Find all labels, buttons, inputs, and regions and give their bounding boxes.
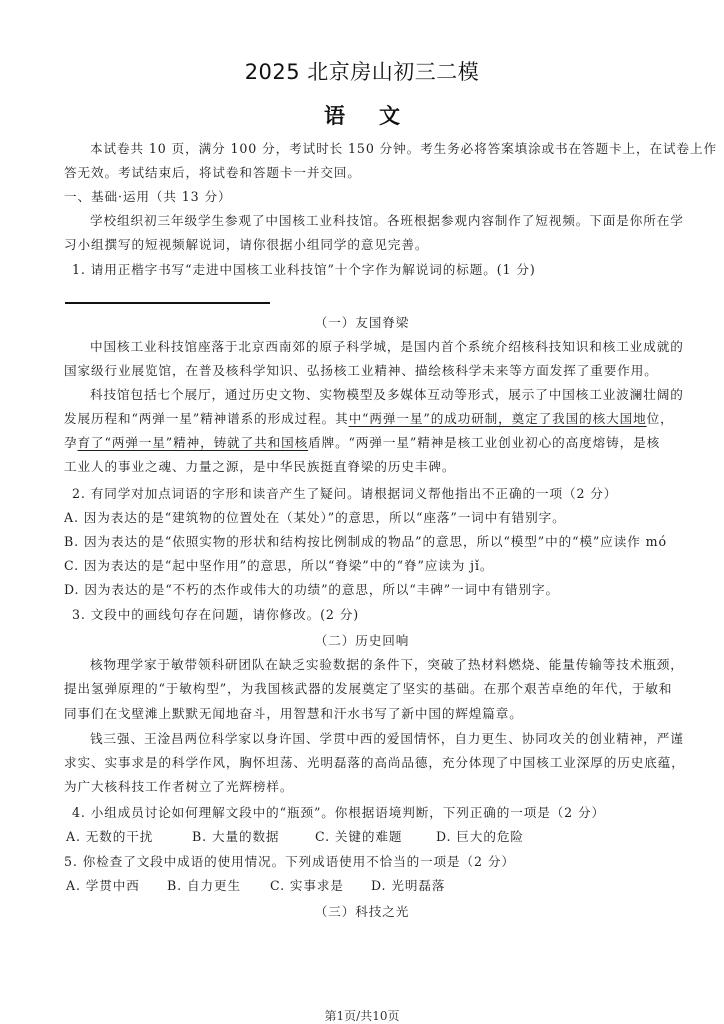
part-1-p2-line-3: 孕育了“两弹一星”精神，铸就了共和国核盾牌。“两弹一星”精神是核工业创业初心的高… — [64, 435, 660, 451]
exam-page: 2025 北京房山初三二模 语文 本试卷共 10 页，满分 100 分，考试时长… — [0, 0, 724, 1024]
underlined-sentence: 育了“两弹一星”精神，铸就了共和国核 — [78, 435, 309, 450]
question-5: 5. 你检查了文段中成语的使用情况。下列成语使用不恰当的一项是（2 分） — [64, 854, 660, 870]
question-2: 2. 有同学对加点词语的字形和读音产生了疑问。请根据词义帮他指出不正确的一项（2… — [72, 486, 668, 502]
exam-title: 2025 北京房山初三二模 — [0, 56, 724, 86]
page-indicator: 第1页/共10页 — [0, 1007, 724, 1024]
question-1: 1. 请用正楷字书写“走进中国核工业科技馆”十个字作为解说词的标题。(1 分) — [72, 262, 668, 278]
section-heading: 一、基础·运用（共 13 分） — [64, 189, 660, 205]
part-1-p2-line-4: 工业人的事业之魂、力量之源，是中华民族挺直脊梁的历史丰碑。 — [64, 459, 660, 475]
question-5-option-a: A. 学贯中西 — [66, 878, 140, 894]
section-intro-line-1: 学校组织初三年级学生参观了中国核工业科技馆。各班根据参观内容制作了短视频。下面是… — [64, 213, 660, 229]
part-2-heading: （二）历史回响 — [0, 633, 724, 649]
question-5-option-c: C. 实事求是 — [270, 878, 344, 894]
question-5-option-d: D. 光明磊落 — [371, 878, 445, 894]
question-2-option-a: A. 因为表达的是“建筑物的位置处在（某处）”的意思，所以“座落”一词中有错别字… — [64, 510, 660, 526]
question-4-option-c: C. 关键的难题 — [315, 829, 402, 845]
part-2-p1-line-2: 提出氢弹原理的“于敏构型”，为我国核武器的发展奠定了坚实的基础。在那个艰苦卓绝的… — [64, 681, 660, 697]
part-2-p1-line-3: 同事们在戈壁滩上默默无闻地奋斗，用智慧和汗水书写了新中国的辉煌篇章。 — [64, 706, 660, 722]
part-2-p1-line-1: 核物理学家于敏带领科研团队在缺乏实验数据的条件下，突破了热材料燃烧、能量传输等技… — [64, 657, 660, 673]
question-3: 3. 文段中的画线句存在问题，请你修改。(2 分) — [72, 607, 668, 623]
question-4-option-a: A. 无数的干扰 — [66, 829, 153, 845]
text-run: 盾牌。“两弹一星”精神是核工业创业初心的高度熔铸，是核 — [308, 435, 660, 450]
part-2-p2-line-3: 为广大核科技工作者树立了光辉榜样。 — [64, 779, 660, 795]
instructions-line-2: 答无效。考试结束后，将试卷和答题卡一并交回。 — [64, 165, 660, 181]
subject-char-2: 文 — [379, 100, 400, 130]
answer-line — [65, 302, 270, 304]
subject-char-1: 语 — [324, 100, 345, 130]
text-run: 孕 — [64, 435, 78, 450]
part-3-heading: （三）科技之光 — [0, 904, 724, 920]
section-intro-line-2: 习小组撰写的短视频解说词，请你很据小组同学的意见完善。 — [64, 237, 660, 253]
part-1-p2-line-2: 发展历程和“两弹一星”精神谱系的形成过程。其中“两弹一星”的成功研制，奠定了我国… — [64, 411, 660, 427]
question-2-option-c: C. 因为表达的是“起中坚作用”的意思，所以“脊梁”中的“脊”应读为 jǐ。 — [64, 558, 660, 574]
question-4: 4. 小组成员讨论如何理解文段中的“瓶颈”。你根据语境判断，下列正确的一项是（2… — [72, 805, 668, 821]
question-4-option-b: B. 大量的数据 — [192, 829, 279, 845]
instructions-line-1: 本试卷共 10 页，满分 100 分，考试时长 150 分钟。考生务必将答案填涂… — [64, 141, 660, 157]
part-2-p2-line-1: 钱三强、王淦昌两位科学家以身许国、学贯中西的爱国情怀，自力更生、协同攻关的创业精… — [64, 731, 660, 747]
question-2-option-d: D. 因为表达的是“不朽的杰作或伟大的功绩”的意思，所以“丰碑”一词中有错别字。 — [64, 582, 660, 598]
question-4-option-d: D. 巨大的危险 — [436, 829, 524, 845]
part-1-p1-line-2: 国家级行业展览馆，在普及核科学知识、弘扬核工业精神、描绘核科学未来等方面发挥了重… — [64, 363, 660, 379]
part-1-p1-line-1: 中国核工业科技馆座落于北京西南郊的原子科学城，是国内首个系统介绍核科技知识和核工… — [64, 339, 660, 355]
part-2-p2-line-2: 求实、实事求是的科学作风，胸怀坦荡、光明磊落的高尚品德，充分体现了中国核工业深厚… — [64, 755, 660, 771]
underlined-sentence: 中“两弹一星”的成功研制，奠定了我国的核大国地 — [349, 411, 647, 426]
part-1-heading: （一）友国脊梁 — [0, 315, 724, 331]
subject-title: 语文 — [0, 100, 724, 130]
part-1-p2-line-1: 科技馆包括七个展厅，通过历史文物、实物模型及多媒体互动等形式，展示了中国核工业波… — [64, 387, 660, 403]
question-5-option-b: B. 自力更生 — [167, 878, 241, 894]
question-2-option-b: B. 因为表达的是“依照实物的形状和结构按比例制成的物品”的意思，所以“模型”中… — [64, 534, 660, 550]
text-run: 发展历程和“两弹一星”精神谱系的形成过程。其 — [64, 411, 349, 426]
text-run: 位， — [647, 411, 674, 426]
